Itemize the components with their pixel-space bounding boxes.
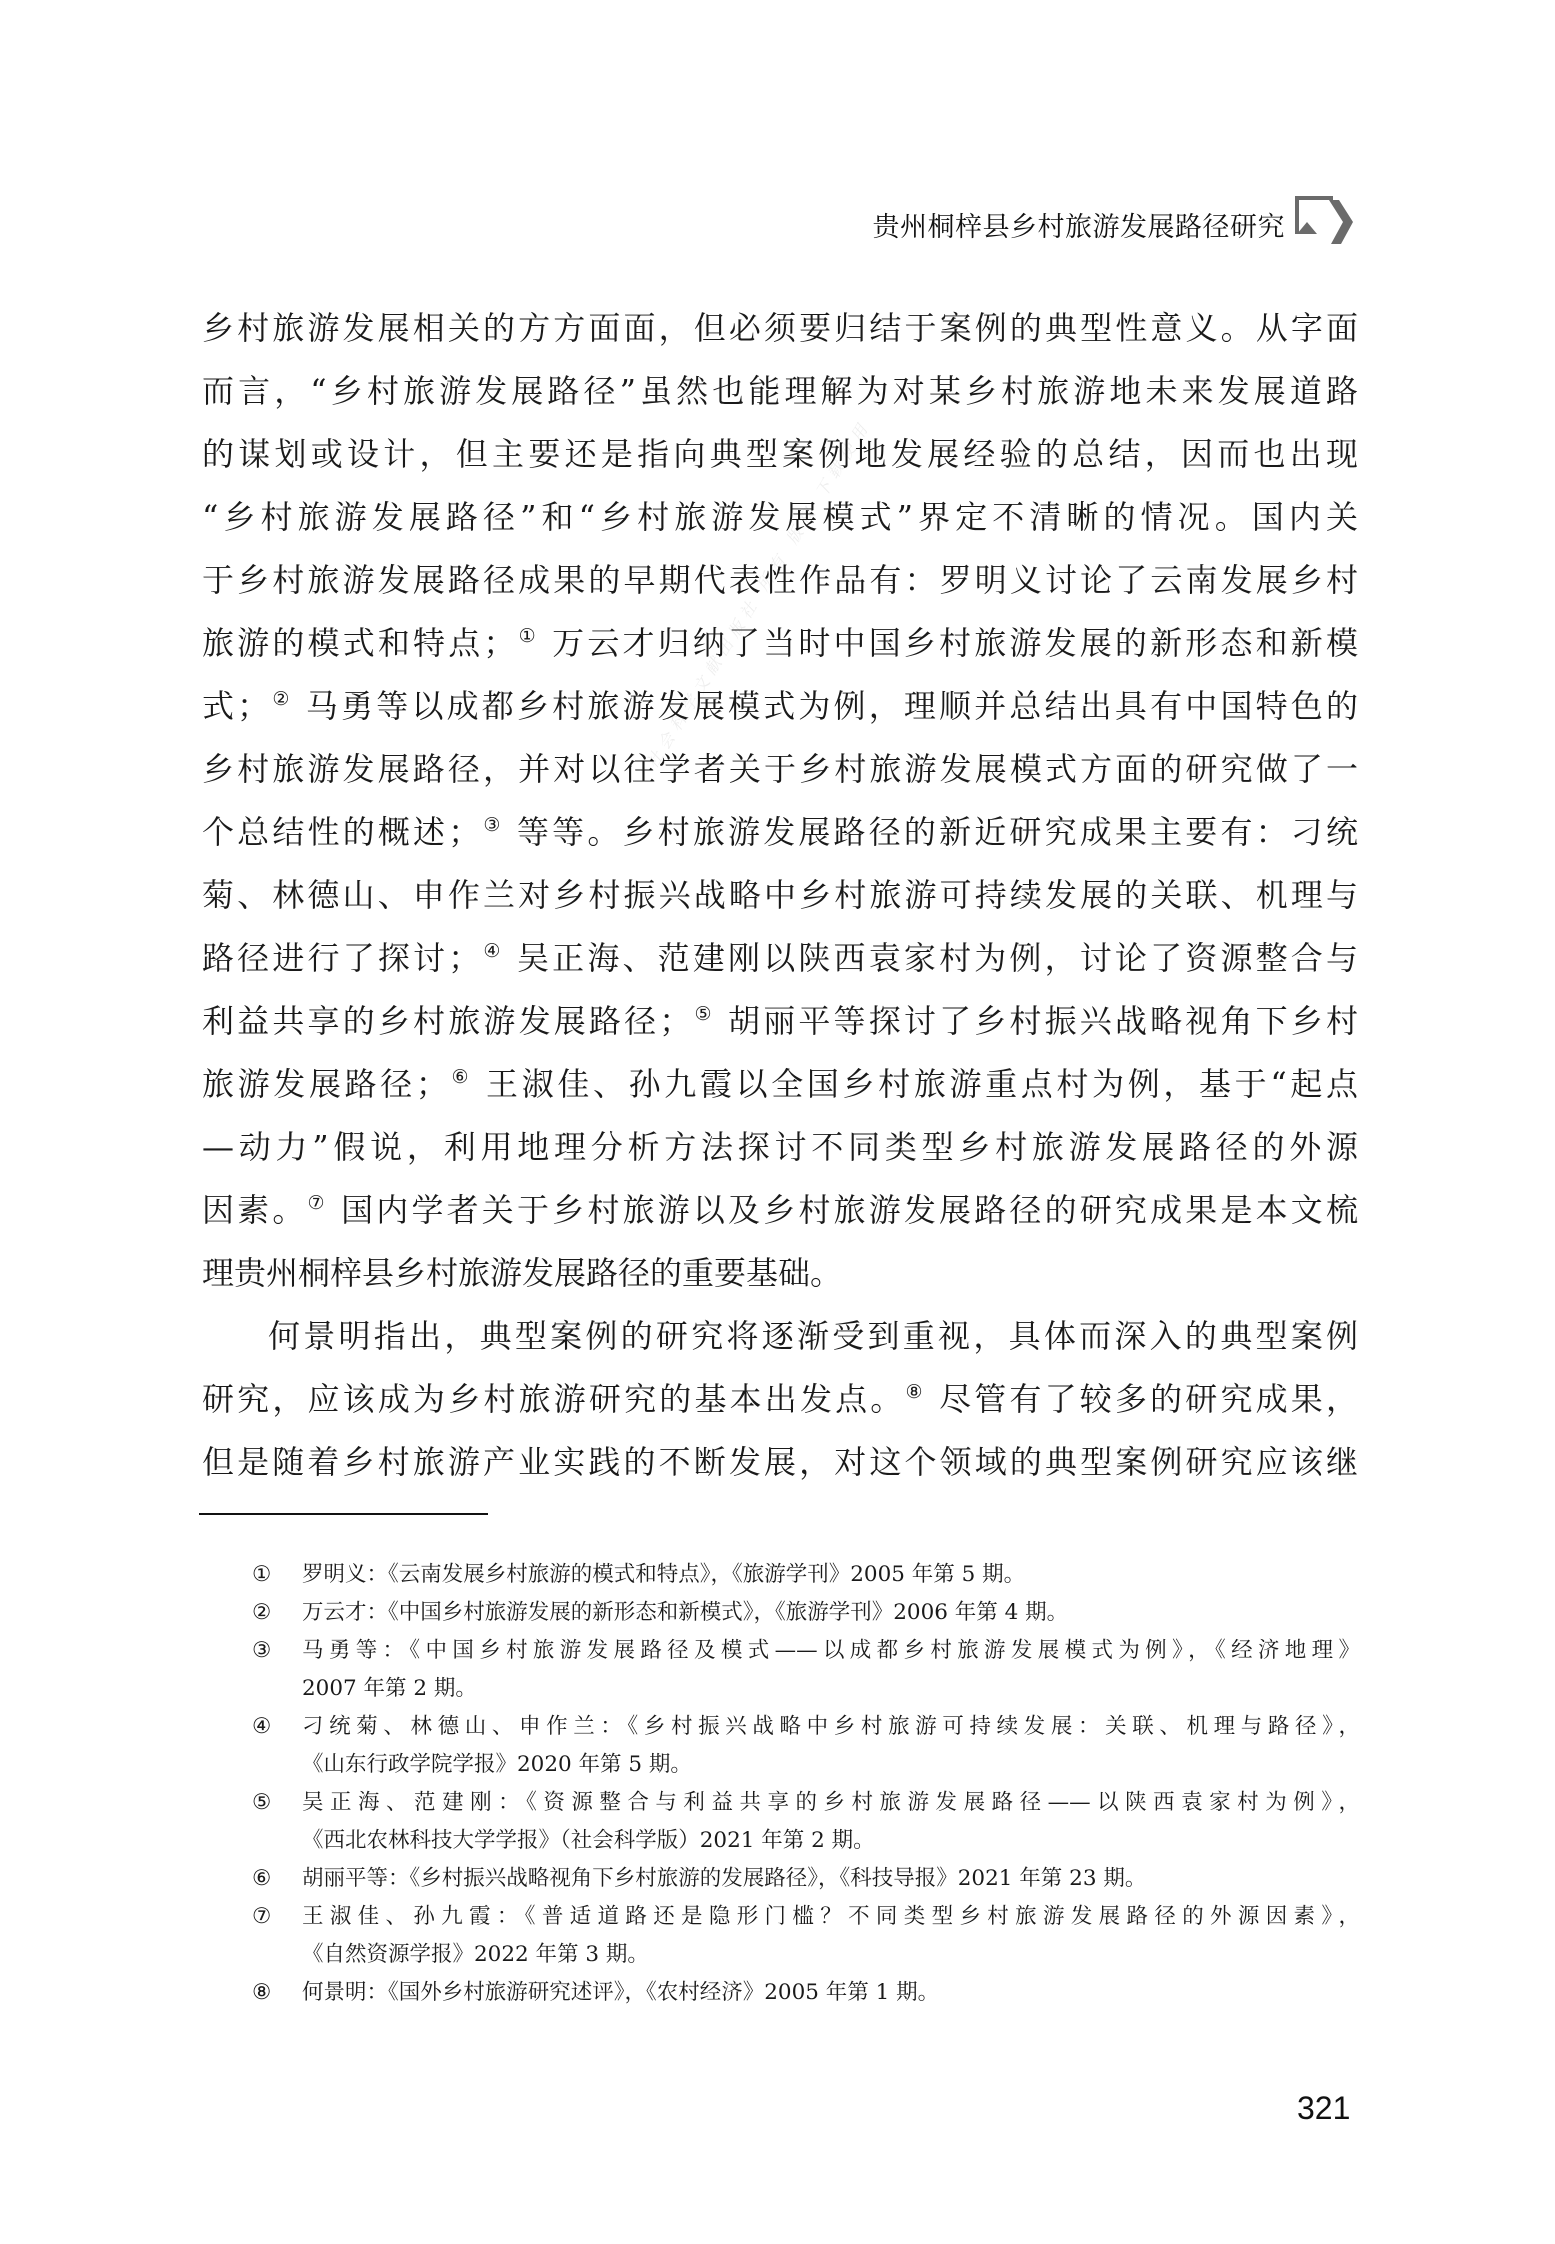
- footnote-divider: [199, 1513, 488, 1515]
- body-line: 于乡村旅游发展路径成果的早期代表性作品有：罗明义讨论了云南发展乡村: [202, 549, 1358, 612]
- footnote-text: 《西北农林科技大学学报》（社会科学版）2021 年第 2 期。: [302, 1822, 1360, 1860]
- footnote-8: ⑧ 何景明：《国外乡村旅游研究述评》，《农村经济》2005 年第 1 期。: [252, 1974, 1360, 2012]
- footnote-text: 《山东行政学院学报》2020 年第 5 期。: [302, 1746, 1360, 1784]
- body-line: 研究，应该成为乡村旅游研究的基本出发点。⑧ 尽管有了较多的研究成果，: [202, 1368, 1358, 1431]
- body-line: 利益共享的乡村旅游发展路径；⑤ 胡丽平等探讨了乡村振兴战略视角下乡村: [202, 990, 1358, 1053]
- body-line: 乡村旅游发展相关的方方面面，但必须要归结于案例的典型性意义。从字面: [202, 297, 1358, 360]
- body-line: 个总结性的概述；③ 等等。乡村旅游发展路径的新近研究成果主要有：刁统: [202, 801, 1358, 864]
- footnote-1: ① 罗明义：《云南发展乡村旅游的模式和特点》，《旅游学刊》2005 年第 5 期…: [252, 1556, 1360, 1594]
- footnote-3: ③ 马勇等：《中国乡村旅游发展路径及模式——以成都乡村旅游发展模式为例》，《经济…: [252, 1632, 1360, 1708]
- body-line: 理贵州桐梓县乡村旅游发展路径的重要基础。: [202, 1242, 1358, 1305]
- page-number: 321: [1297, 2090, 1350, 2127]
- footnote-number: ①: [252, 1556, 302, 1594]
- body-line: —动力”假说，利用地理分析方法探讨不同类型乡村旅游发展路径的外源: [202, 1116, 1358, 1179]
- footnote-number: ②: [252, 1594, 302, 1632]
- book-corner-arrow-icon: [1293, 194, 1355, 246]
- footnote-ref-2[interactable]: ②: [269, 688, 292, 710]
- footnote-ref-8[interactable]: ⑧: [906, 1381, 926, 1403]
- body-line: 但是随着乡村旅游产业实践的不断发展，对这个领域的典型案例研究应该继: [202, 1431, 1358, 1494]
- footnote-number: ⑥: [252, 1860, 302, 1898]
- footnote-number: ④: [252, 1708, 302, 1784]
- footnote-ref-5[interactable]: ⑤: [691, 1003, 714, 1025]
- footnote-ref-1[interactable]: ①: [515, 625, 538, 647]
- footnote-text: 罗明义：《云南发展乡村旅游的模式和特点》，《旅游学刊》2005 年第 5 期。: [302, 1556, 1360, 1594]
- body-line: 而言，“乡村旅游发展路径”虽然也能理解为对某乡村旅游地未来发展道路: [202, 360, 1358, 423]
- footnote-text: 王淑佳、孙九霞：《普适道路还是隐形门槛？不同类型乡村旅游发展路径的外源因素》，: [302, 1898, 1360, 1936]
- footnote-ref-6[interactable]: ⑥: [448, 1066, 472, 1088]
- footnote-4: ④ 刁统菊、林德山、申作兰：《乡村振兴战略中乡村旅游可持续发展：关联、机理与路径…: [252, 1708, 1360, 1784]
- body-line: 因素。⑦ 国内学者关于乡村旅游以及乡村旅游发展路径的研究成果是本文梳: [202, 1179, 1358, 1242]
- footnote-ref-7[interactable]: ⑦: [308, 1192, 328, 1214]
- footnote-number: ③: [252, 1632, 302, 1708]
- footnote-number: ⑧: [252, 1974, 302, 2012]
- running-header-title: 贵州桐梓县乡村旅游发展路径研究: [873, 205, 1286, 244]
- footnote-text: 万云才：《中国乡村旅游发展的新形态和新模式》，《旅游学刊》2006 年第 4 期…: [302, 1594, 1360, 1632]
- footnote-text: 马勇等：《中国乡村旅游发展路径及模式——以成都乡村旅游发展模式为例》，《经济地理…: [302, 1632, 1360, 1670]
- footnote-text: 《自然资源学报》2022 年第 3 期。: [302, 1936, 1360, 1974]
- body-line: 旅游的模式和特点；① 万云才归纳了当时中国乡村旅游发展的新形态和新模: [202, 612, 1358, 675]
- footnote-7: ⑦ 王淑佳、孙九霞：《普适道路还是隐形门槛？不同类型乡村旅游发展路径的外源因素》…: [252, 1898, 1360, 1974]
- footnote-text: 吴正海、范建刚：《资源整合与利益共享的乡村旅游发展路径——以陕西袁家村为例》，: [302, 1784, 1360, 1822]
- footnote-number: ⑤: [252, 1784, 302, 1860]
- body-text: 乡村旅游发展相关的方方面面，但必须要归结于案例的典型性意义。从字面 而言，“乡村…: [202, 297, 1358, 1494]
- footnote-text: 胡丽平等：《乡村振兴战略视角下乡村旅游的发展路径》，《科技导报》2021 年第 …: [302, 1860, 1360, 1898]
- body-line: 菊、林德山、申作兰对乡村振兴战略中乡村旅游可持续发展的关联、机理与: [202, 864, 1358, 927]
- footnote-text: 何景明：《国外乡村旅游研究述评》，《农村经济》2005 年第 1 期。: [302, 1974, 1360, 2012]
- body-line: 乡村旅游发展路径，并对以往学者关于乡村旅游发展模式方面的研究做了一: [202, 738, 1358, 801]
- body-line: 何景明指出，典型案例的研究将逐渐受到重视，具体而深入的典型案例: [202, 1305, 1358, 1368]
- footnote-ref-4[interactable]: ④: [480, 940, 503, 962]
- footnote-ref-3[interactable]: ③: [480, 814, 503, 836]
- footnote-2: ② 万云才：《中国乡村旅游发展的新形态和新模式》，《旅游学刊》2006 年第 4…: [252, 1594, 1360, 1632]
- footnote-5: ⑤ 吴正海、范建刚：《资源整合与利益共享的乡村旅游发展路径——以陕西袁家村为例》…: [252, 1784, 1360, 1860]
- footnote-number: ⑦: [252, 1898, 302, 1974]
- body-line: 的谋划或设计，但主要还是指向典型案例地发展经验的总结，因而也出现: [202, 423, 1358, 486]
- footnote-text: 刁统菊、林德山、申作兰：《乡村振兴战略中乡村旅游可持续发展：关联、机理与路径》，: [302, 1708, 1360, 1746]
- body-line: 路径进行了探讨；④ 吴正海、范建刚以陕西袁家村为例，讨论了资源整合与: [202, 927, 1358, 990]
- footnotes: ① 罗明义：《云南发展乡村旅游的模式和特点》，《旅游学刊》2005 年第 5 期…: [252, 1556, 1360, 2012]
- body-line: “乡村旅游发展路径”和“乡村旅游发展模式”界定不清晰的情况。国内关: [202, 486, 1358, 549]
- body-line: 式；② 马勇等以成都乡村旅游发展模式为例，理顺并总结出具有中国特色的: [202, 675, 1358, 738]
- footnote-text: 2007 年第 2 期。: [302, 1670, 1360, 1708]
- footnote-6: ⑥ 胡丽平等：《乡村振兴战略视角下乡村旅游的发展路径》，《科技导报》2021 年…: [252, 1860, 1360, 1898]
- body-line: 旅游发展路径；⑥ 王淑佳、孙九霞以全国乡村旅游重点村为例，基于“起点: [202, 1053, 1358, 1116]
